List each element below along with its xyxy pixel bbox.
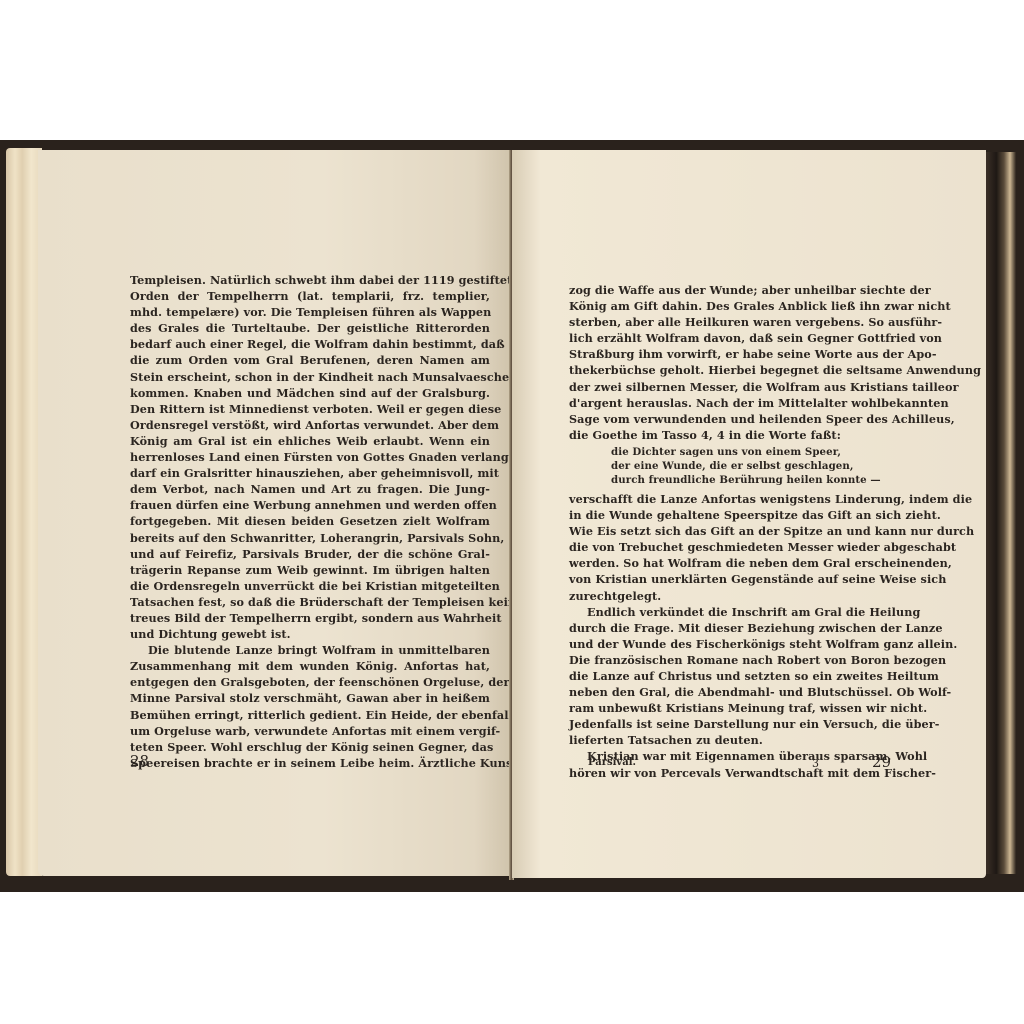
paragraph-start-line: Die blutende Lanze bringt Wolfram in unm… (130, 642, 490, 658)
text-line: Die französischen Romane nach Robert von… (569, 652, 897, 668)
text-line: herrenloses Land einen Fürsten von Gotte… (130, 449, 490, 465)
text-line: bedarf auch einer Regel, die Wolfram dah… (130, 336, 490, 352)
text-line: thekerbüchse geholt. Hierbei begegnet di… (569, 362, 897, 378)
text-line: Bemühen erringt, ritterlich gedient. Ein… (130, 707, 490, 723)
text-line: und Dichtung gewebt ist. (130, 626, 490, 642)
text-line: um Orgeluse warb, verwundete Anfortas mi… (130, 723, 490, 739)
text-line: Tatsachen fest, so daß die Brüderschaft … (130, 594, 490, 610)
text-line: Orden der Tempelherrn (lat. templarii, f… (130, 288, 490, 304)
verse-line: durch freundliche Berührung heilen konnt… (611, 473, 897, 487)
text-line: Straßburg ihm vorwirft, er habe seine Wo… (569, 346, 897, 362)
text-line: kommen. Knaben und Mädchen sind auf der … (130, 385, 490, 401)
text-line: darf ein Gralsritter hinausziehen, aber … (130, 465, 490, 481)
text-line: in die Wunde gehaltene Speerspitze das G… (569, 507, 897, 523)
text-line: und auf Feirefiz, Parsivals Bruder, der … (130, 546, 490, 562)
page-number-right: 29 (872, 753, 891, 771)
text-line: trägerin Repanse zum Weib gewinnt. Im üb… (130, 562, 490, 578)
text-line: der zwei silbernen Messer, die Wolfram a… (569, 379, 897, 395)
text-line: von Kristian unerklärten Gegenstände auf… (569, 571, 897, 587)
text-line: ram unbewußt Kristians Meinung traf, wis… (569, 700, 897, 716)
text-line: dem Verbot, nach Namen und Art zu fragen… (130, 481, 490, 497)
text-line: frauen dürfen eine Werbung annehmen und … (130, 497, 490, 513)
text-line: fortgegeben. Mit diesen beiden Gesetzen … (130, 513, 490, 529)
left-page-edges (6, 148, 42, 876)
text-line: Den Rittern ist Minnedienst verboten. We… (130, 401, 490, 417)
text-line: die zum Orden vom Gral Berufenen, deren … (130, 352, 490, 368)
text-line: die Goethe im Tasso 4, 4 in die Worte fa… (569, 427, 897, 443)
page-number-left: 28 (130, 752, 149, 770)
text-line: durch die Frage. Mit dieser Beziehung zw… (569, 620, 897, 636)
text-line: des Grales die Turteltaube. Der geistlic… (130, 320, 490, 336)
text-line: Minne Parsival stolz verschmäht, Gawan a… (130, 690, 490, 706)
right-cover-edge (986, 152, 1016, 874)
left-page-text: Templeisen. Natürlich schwebt ihm dabei … (130, 272, 490, 771)
open-book: Templeisen. Natürlich schwebt ihm dabei … (0, 140, 1024, 892)
verse-line: die Dichter sagen uns von einem Speer, (611, 445, 897, 459)
text-line: zog die Waffe aus der Wunde; aber unheil… (569, 282, 897, 298)
text-line: teten Speer. Wohl erschlug der König sei… (130, 739, 490, 755)
text-line: bereits auf den Schwanritter, Loherangri… (130, 530, 490, 546)
text-line: Jedenfalls ist seine Darstellung nur ein… (569, 716, 897, 732)
text-line: neben den Gral, die Abendmahl- und Bluts… (569, 684, 897, 700)
text-line: zurechtgelegt. (569, 588, 897, 604)
text-line: die Lanze auf Christus und setzten so ei… (569, 668, 897, 684)
text-line: Wie Eis setzt sich das Gift an der Spitz… (569, 523, 897, 539)
text-line: Zusammenhang mit dem wunden König. Anfor… (130, 658, 490, 674)
text-line: Sage vom verwundenden und heilenden Spee… (569, 411, 897, 427)
text-line: Ordensregel verstößt, wird Anfortas verw… (130, 417, 490, 433)
text-line: König am Gift dahin. Des Grales Anblick … (569, 298, 897, 314)
text-line: mhd. tempelære) vor. Die Templeisen führ… (130, 304, 490, 320)
text-line: verschafft die Lanze Anfortas wenigstens… (569, 491, 897, 507)
text-line: treues Bild der Tempelherrn ergibt, sond… (130, 610, 490, 626)
text-line: und der Wunde des Fischerkönigs steht Wo… (569, 636, 897, 652)
sheet-number: 3 (812, 757, 819, 770)
verse-line: der eine Wunde, die er selbst geschlagen… (611, 459, 897, 473)
signature-title: Parsival. (588, 757, 636, 768)
left-page: Templeisen. Natürlich schwebt ihm dabei … (38, 150, 512, 876)
text-line: sterben, aber alle Heilkuren waren verge… (569, 314, 897, 330)
text-line: König am Gral ist ein ehliches Weib erla… (130, 433, 490, 449)
text-line: Stein erscheint, schon in der Kindheit n… (130, 369, 490, 385)
text-line: die Ordensregeln unverrückt die bei Kris… (130, 578, 490, 594)
right-page: zog die Waffe aus der Wunde; aber unheil… (512, 150, 986, 878)
right-page-text: zog die Waffe aus der Wunde; aber unheil… (569, 282, 897, 781)
text-line: lieferten Tatsachen zu deuten. (569, 732, 897, 748)
text-line: die von Trebuchet geschmiedeten Messer w… (569, 539, 897, 555)
text-line: Speereisen brachte er in seinem Leibe he… (130, 755, 490, 771)
text-line: d'argent herauslas. Nach der im Mittelal… (569, 395, 897, 411)
verse-quotation: die Dichter sagen uns von einem Speer, d… (611, 445, 897, 487)
text-line: lich erzählt Wolfram davon, daß sein Geg… (569, 330, 897, 346)
text-line: werden. So hat Wolfram die neben dem Gra… (569, 555, 897, 571)
text-line: entgegen den Gralsgeboten, der feenschön… (130, 674, 490, 690)
text-line: Templeisen. Natürlich schwebt ihm dabei … (130, 272, 490, 288)
paragraph-start-line: Endlich verkündet die Inschrift am Gral … (569, 604, 897, 620)
